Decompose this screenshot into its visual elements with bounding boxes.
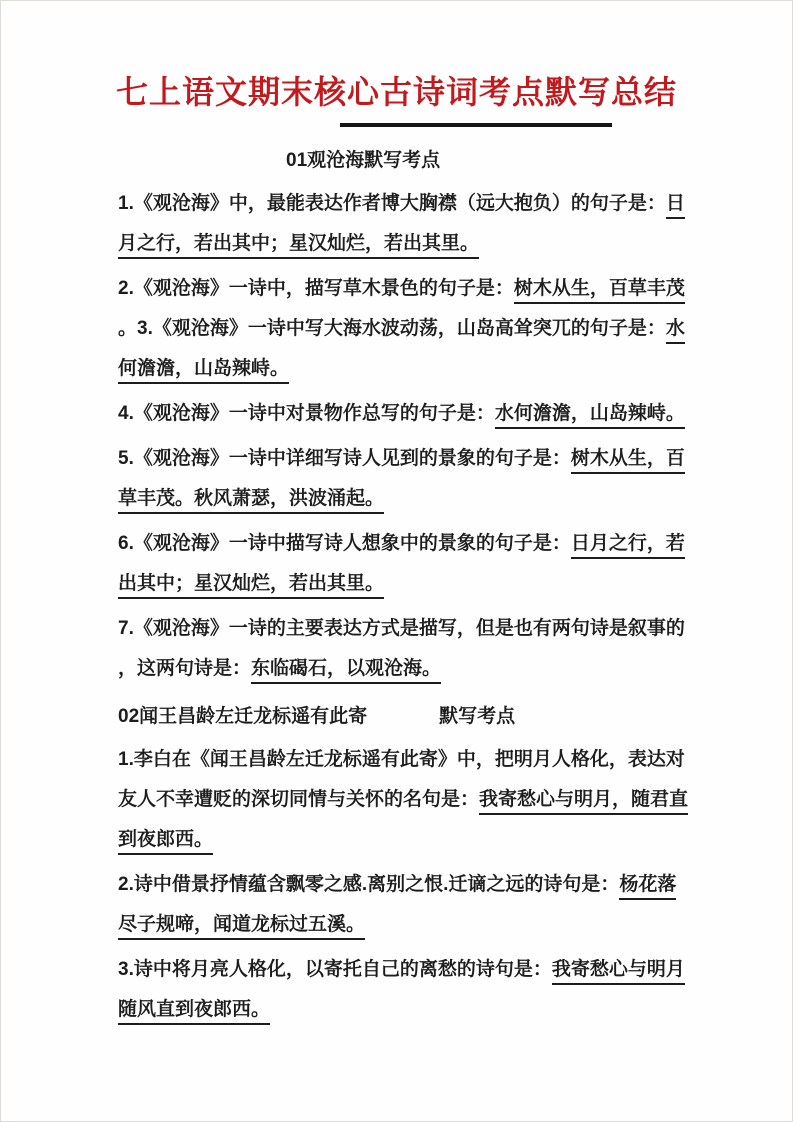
question-paragraph: 1.《观沧海》中，最能表达作者博大胸襟（远大抱负）的句子是：日 月之行，若出其中… xyxy=(118,184,703,264)
question-text: 3.诗中将月亮人格化，以寄托自己的离愁的诗句是： xyxy=(118,959,552,980)
question-text: 4.《观沧海》一诗中对景物作总写的句子是： xyxy=(118,403,495,424)
section-heading-label: 02闻王昌龄左迁龙标遥有此寄 xyxy=(118,706,367,727)
content: 01观沧海默写考点1.《观沧海》中，最能表达作者博大胸襟（远大抱负）的句子是：日… xyxy=(0,141,793,1030)
question-paragraph: 4.《观沧海》一诗中对景物作总写的句子是：水何澹澹，山岛辣峙。 xyxy=(118,394,703,434)
question-text: 1.《观沧海》中，最能表达作者博大胸襟（远大抱负）的句子是： xyxy=(118,193,666,214)
answer-blank-text: 东临碣石，以观沧海。 xyxy=(251,658,441,684)
worksheet-page: 七上语文期末核心古诗词考点默写总结 01观沧海默写考点1.《观沧海》中，最能表达… xyxy=(0,0,793,1122)
question-text: 5.《观沧海》一诗中详细写诗人见到的景象的句子是： xyxy=(118,448,571,469)
answer-blank-text: 水何澹澹，山岛辣峙。 xyxy=(495,403,685,429)
question-paragraph: 5.《观沧海》一诗中详细写诗人见到的景象的句子是：树木从生，百 草丰茂。秋风萧瑟… xyxy=(118,439,703,519)
page-title: 七上语文期末核心古诗词考点默写总结 xyxy=(0,0,793,112)
question-paragraph: 3.诗中将月亮人格化，以寄托自己的离愁的诗句是：我寄愁心与明月 随风直到夜郎西。 xyxy=(118,950,703,1030)
question-paragraph: 7.《观沧海》一诗的主要表达方式是描写，但是也有两句诗是叙事的 ，这两句诗是：东… xyxy=(118,609,703,689)
question-text: 6.《观沧海》一诗中描写诗人想象中的景象的句子是： xyxy=(118,533,571,554)
title-divider xyxy=(340,123,612,127)
question-paragraph: 1.李白在《闻王昌龄左迁龙标遥有此寄》中，把明月人格化，表达对 友人不幸遭贬的深… xyxy=(118,740,703,860)
question-text: 2.《观沧海》一诗中，描写草木景色的句子是： xyxy=(118,278,514,299)
question-text: 。3.《观沧海》一诗中写大海水波动荡，山岛高耸突兀的句子是： xyxy=(118,318,666,339)
question-paragraph: 2.《观沧海》一诗中，描写草木景色的句子是：树木从生，百草丰茂 。3.《观沧海》… xyxy=(118,269,703,389)
section-heading-label: 01观沧海默写考点 xyxy=(286,150,440,171)
section-heading-01: 01观沧海默写考点 xyxy=(118,141,753,181)
question-paragraph: 2.诗中借景抒情蕴含飘零之感.离别之恨.迁谪之远的诗句是：杨花落 尽子规啼，闻道… xyxy=(118,865,703,945)
question-paragraph: 6.《观沧海》一诗中描写诗人想象中的景象的句子是：日月之行，若 出其中；星汉灿烂… xyxy=(118,524,703,604)
section-heading-02: 02闻王昌龄左迁龙标遥有此寄默写考点 xyxy=(118,697,753,737)
question-text: 2.诗中借景抒情蕴含飘零之感.离别之恨.迁谪之远的诗句是： xyxy=(118,874,619,895)
answer-blank-text: 树木从生，百草丰茂 xyxy=(514,278,685,304)
section-heading-label: 默写考点 xyxy=(439,706,515,727)
